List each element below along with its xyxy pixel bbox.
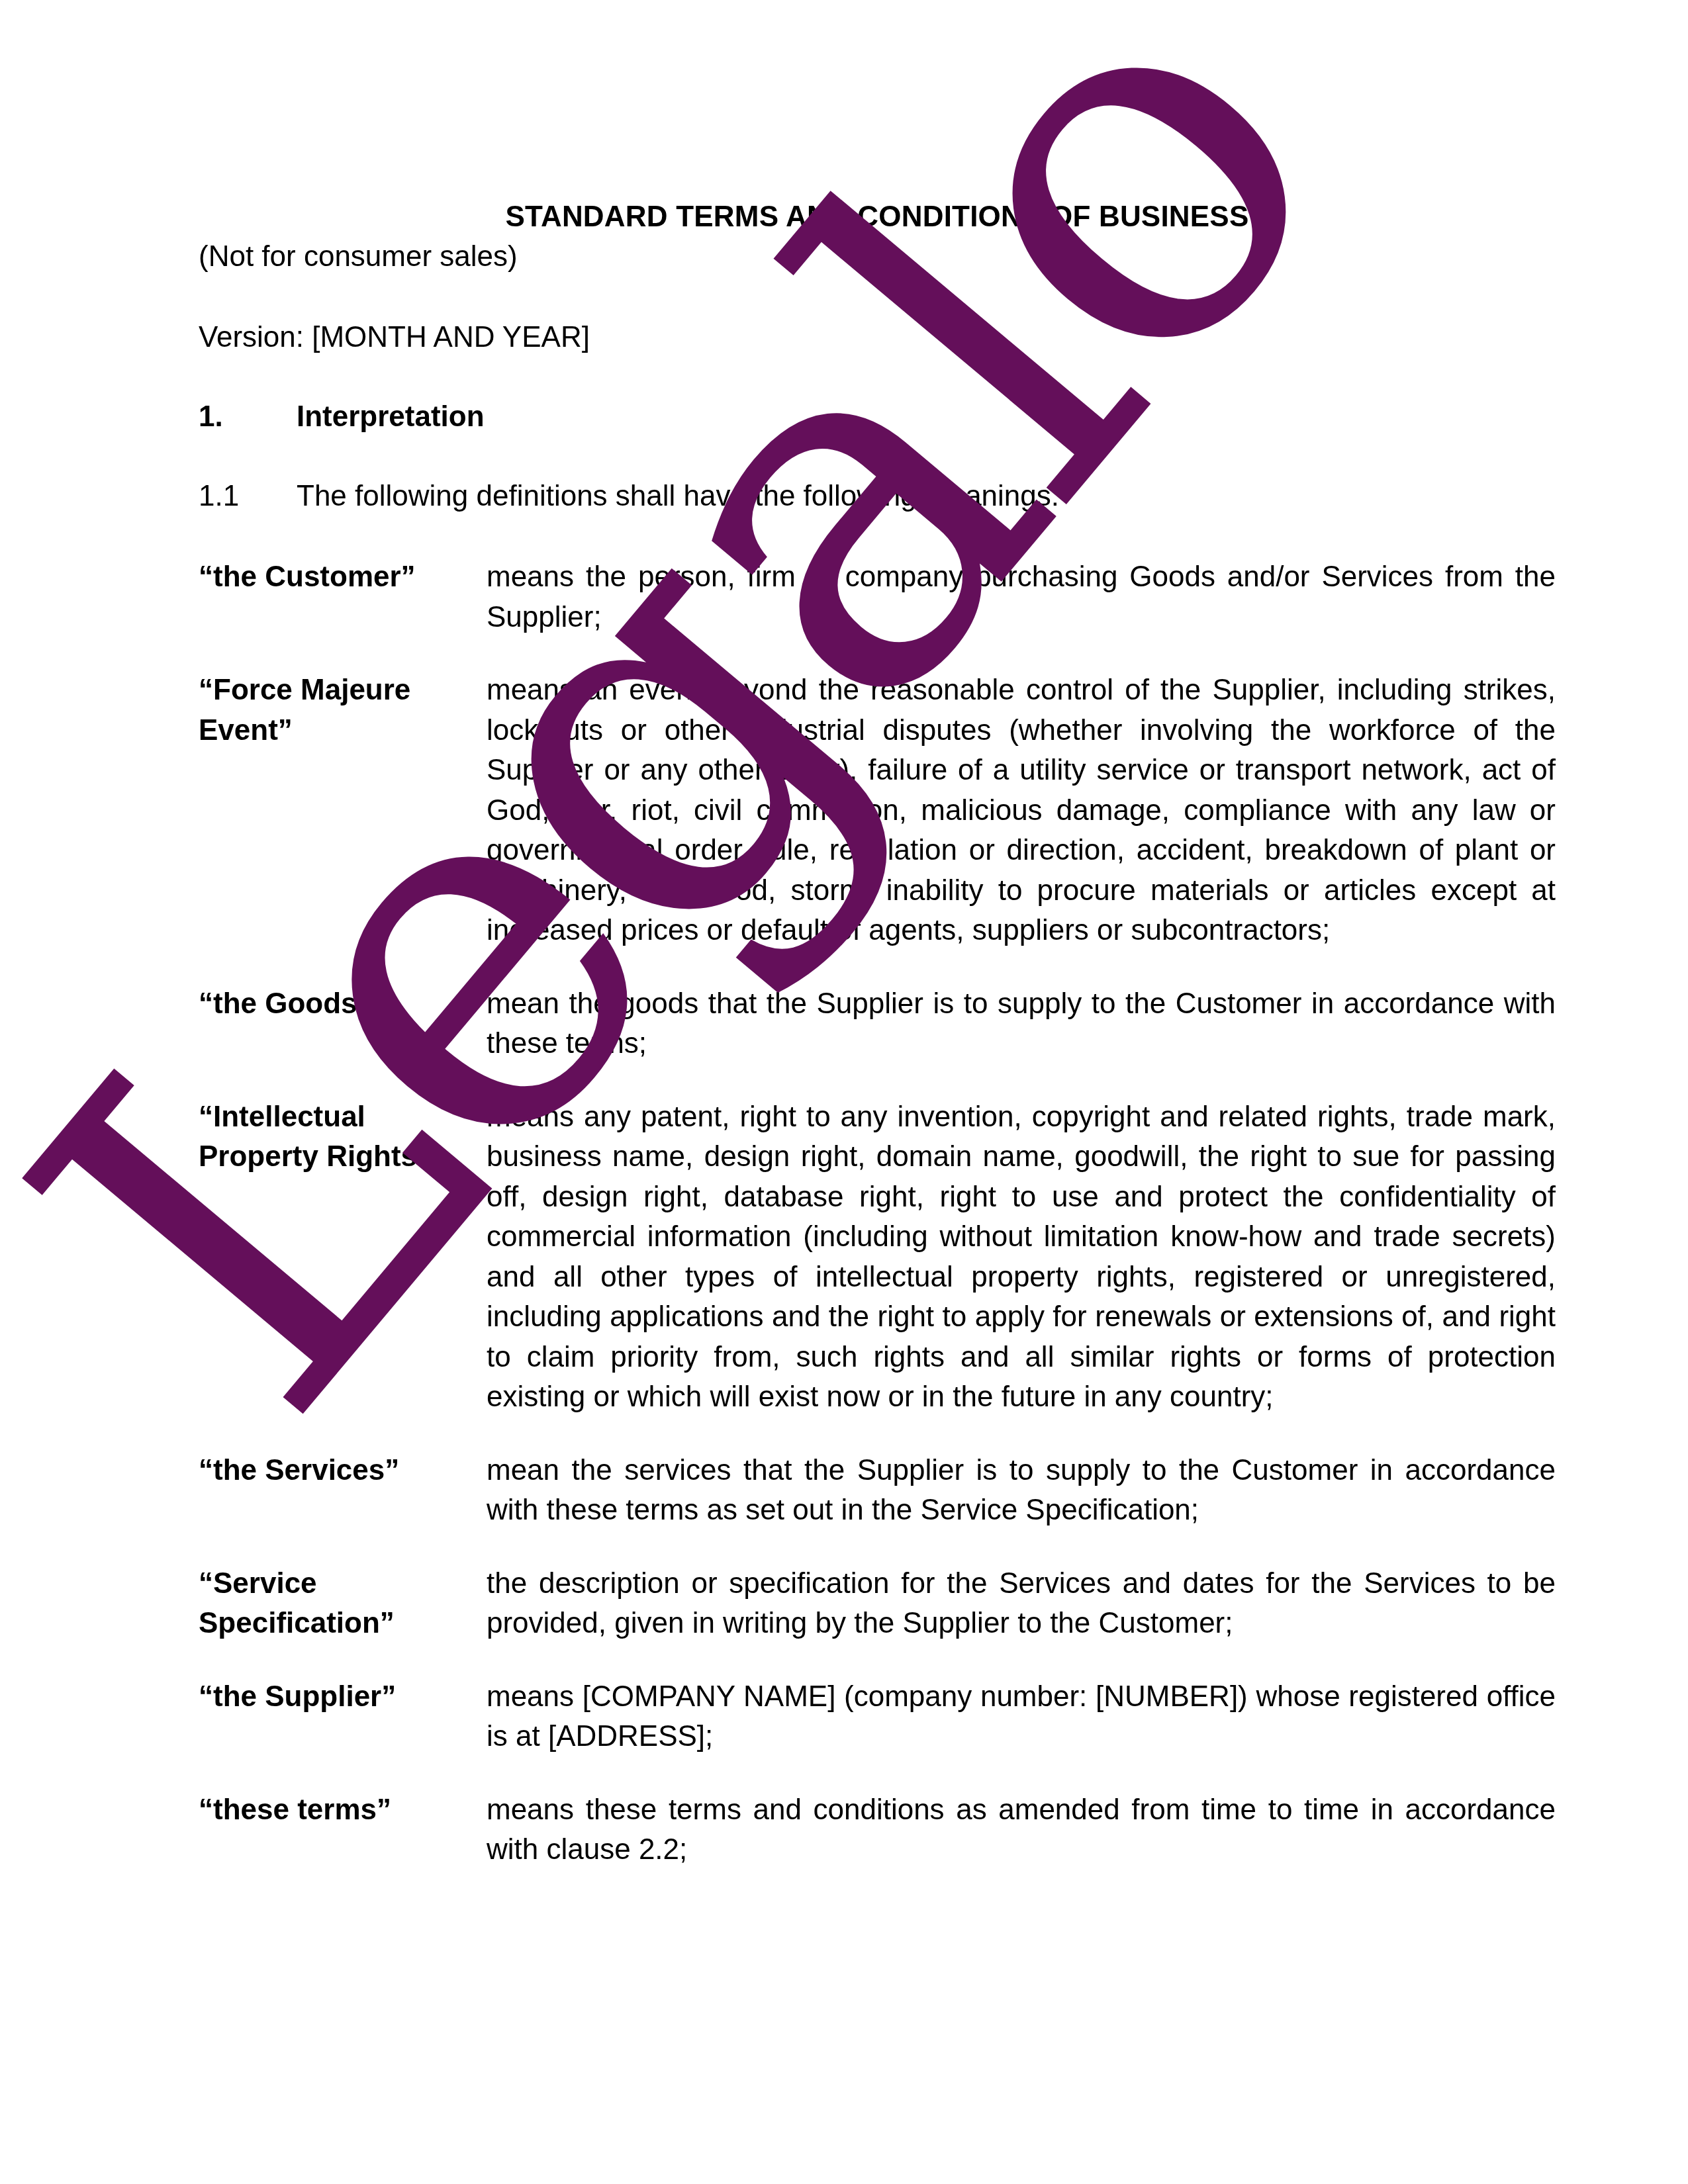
clause-text: The following definitions shall have the… bbox=[297, 478, 1059, 515]
definition-row: “Intellectual Property Rights” means any… bbox=[199, 1097, 1556, 1418]
definition-text: means an event beyond the reasonable con… bbox=[487, 670, 1556, 951]
section-number: 1. bbox=[199, 398, 297, 435]
definition-term: “Force Majeure Event” bbox=[199, 670, 487, 951]
definition-row: “these terms” means these terms and cond… bbox=[199, 1790, 1556, 1870]
document-title: STANDARD TERMS AND CONDITIONS OF BUSINES… bbox=[199, 199, 1556, 236]
definitions-list: “the Customer” means the person, firm or… bbox=[199, 557, 1556, 1870]
definition-term: “Service Specification” bbox=[199, 1564, 487, 1644]
clause-number: 1.1 bbox=[199, 478, 297, 515]
definition-row: “the Customer” means the person, firm or… bbox=[199, 557, 1556, 637]
section-heading: 1. Interpretation bbox=[199, 398, 485, 435]
definition-row: “Force Majeure Event” means an event bey… bbox=[199, 670, 1556, 951]
definition-term: “the Goods” bbox=[199, 984, 487, 1064]
definition-row: “the Goods” mean the goods that the Supp… bbox=[199, 984, 1556, 1064]
definition-row: “Service Specification” the description … bbox=[199, 1564, 1556, 1644]
definition-term: “the Services” bbox=[199, 1451, 487, 1531]
definition-term: “the Customer” bbox=[199, 557, 487, 637]
document-subtitle: (Not for consumer sales) bbox=[199, 238, 518, 275]
clause-1-1: 1.1 The following definitions shall have… bbox=[199, 478, 1059, 515]
definition-row: “the Supplier” means [COMPANY NAME] (com… bbox=[199, 1677, 1556, 1757]
definition-term: “the Supplier” bbox=[199, 1677, 487, 1757]
definition-text: means [COMPANY NAME] (company number: [N… bbox=[487, 1677, 1556, 1757]
definition-text: the description or specification for the… bbox=[487, 1564, 1556, 1644]
definition-text: mean the services that the Supplier is t… bbox=[487, 1451, 1556, 1531]
document-version: Version: [MONTH AND YEAR] bbox=[199, 319, 590, 356]
definition-row: “the Services” mean the services that th… bbox=[199, 1451, 1556, 1531]
document-page: STANDARD TERMS AND CONDITIONS OF BUSINES… bbox=[199, 0, 1556, 2184]
definition-term: “Intellectual Property Rights” bbox=[199, 1097, 487, 1418]
definition-text: mean the goods that the Supplier is to s… bbox=[487, 984, 1556, 1064]
section-title: Interpretation bbox=[297, 398, 485, 435]
definition-term: “these terms” bbox=[199, 1790, 487, 1870]
definition-text: means the person, firm or company purcha… bbox=[487, 557, 1556, 637]
definition-text: means these terms and conditions as amen… bbox=[487, 1790, 1556, 1870]
definition-text: means any patent, right to any invention… bbox=[487, 1097, 1556, 1418]
